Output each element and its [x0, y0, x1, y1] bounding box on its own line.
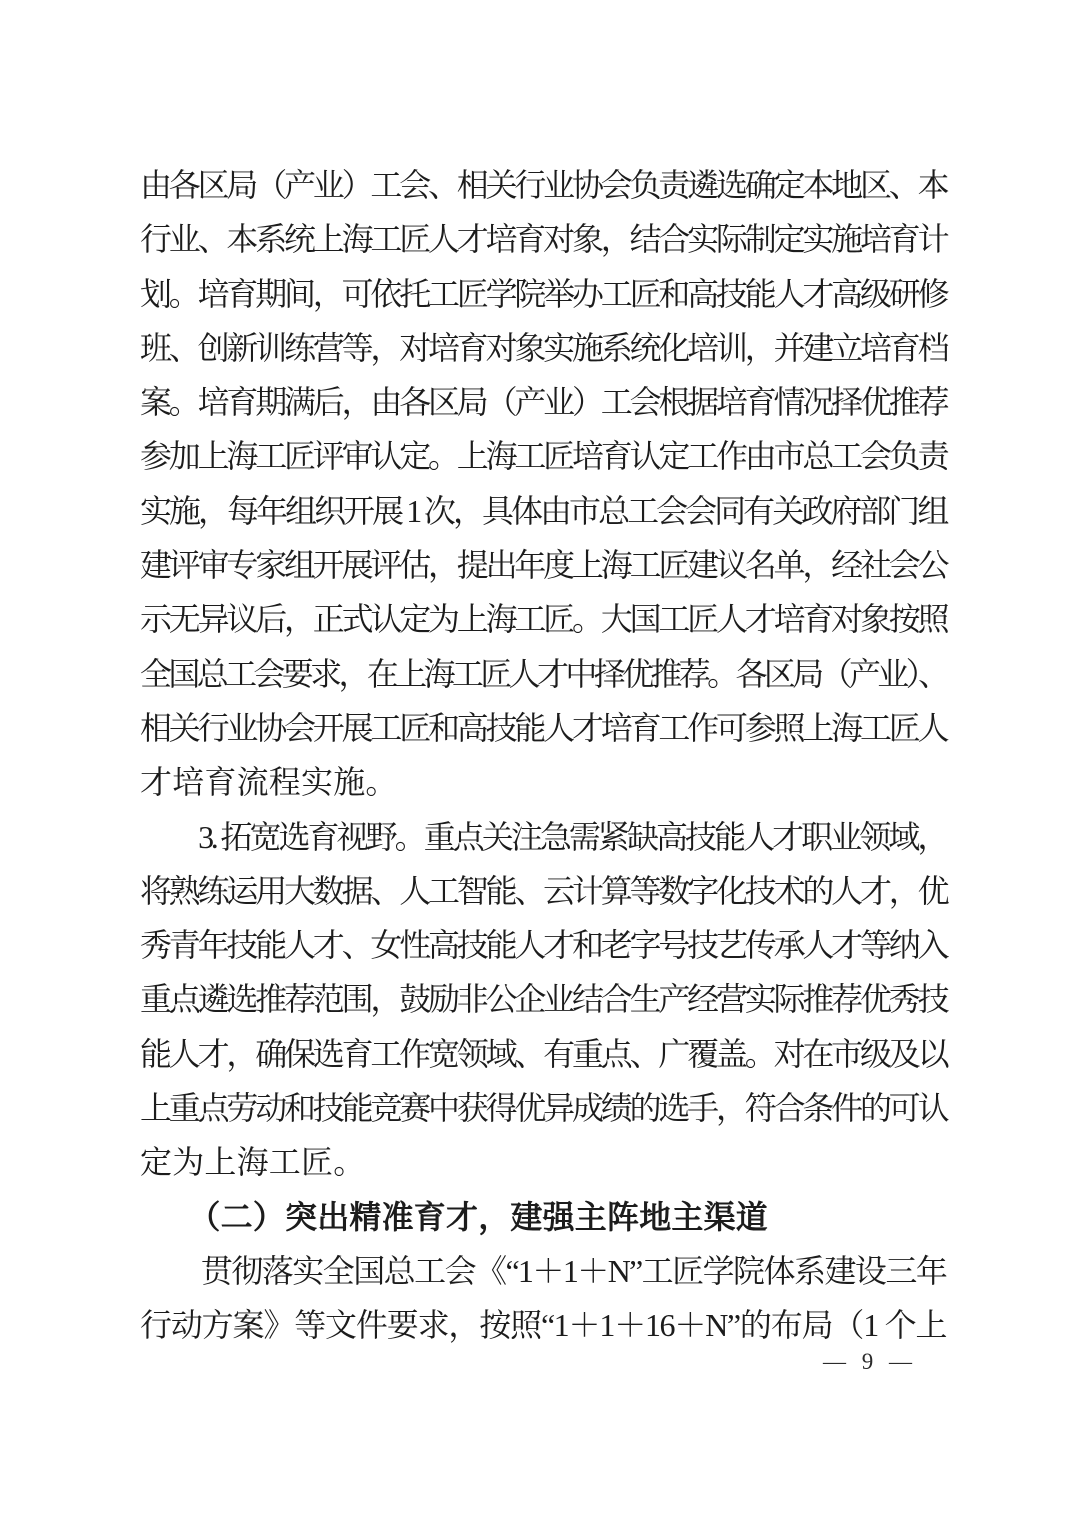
text-line: 能人才，确保选育工作宽领域、有重点、广覆盖。对在市级及以	[140, 1027, 946, 1081]
text-line: 上重点劳动和技能竞赛中获得优异成绩的选手，符合条件的可认	[140, 1081, 946, 1135]
text-line: 班、创新训练营等，对培育对象实施系统化培训，并建立培育档	[140, 321, 946, 375]
text-line: 实施，每年组织开展 1 次，具体由市总工会会同有关政府部门组	[140, 484, 946, 538]
text-line: 秀青年技能人才、女性高技能人才和老字号技艺传承人才等纳入	[140, 918, 946, 972]
document-text-block: 由各区局（产业）工会、相关行业协会负责遴选确定本地区、本行业、本系统上海工匠人才…	[140, 158, 946, 1353]
text-line: 建评审专家组开展评估，提出年度上海工匠建议名单，经社会公	[140, 538, 946, 592]
text-line: 相关行业协会开展工匠和高技能人才培育工作可参照上海工匠人	[140, 701, 946, 755]
text-line: 才培育流程实施。	[140, 755, 946, 809]
text-line: 3. 拓宽选育视野。重点关注急需紧缺高技能人才职业领域，	[140, 810, 946, 864]
text-line: 定为上海工匠。	[140, 1135, 946, 1189]
text-line: 案。培育期满后，由各区局（产业）工会根据培育情况择优推荐	[140, 375, 946, 429]
section-heading: （二）突出精准育才，建强主阵地主渠道	[140, 1190, 946, 1244]
text-line: 行业、本系统上海工匠人才培育对象，结合实际制定实施培育计	[140, 212, 946, 266]
page-number: — 9 —	[823, 1349, 917, 1375]
text-line: 划。培育期间，可依托工匠学院举办工匠和高技能人才高级研修	[140, 267, 946, 321]
document-page: { "page": { "background_color": "#ffffff…	[0, 0, 1079, 1514]
text-line: 行动方案》等文件要求，按照“1＋1＋16＋N”的布局（1 个上	[140, 1298, 946, 1352]
text-line: 参加上海工匠评审认定。上海工匠培育认定工作由市总工会负责	[140, 429, 946, 483]
text-line: 将熟练运用大数据、人工智能、云计算等数字化技术的人才，优	[140, 864, 946, 918]
text-line: 重点遴选推荐范围，鼓励非公企业结合生产经营实际推荐优秀技	[140, 972, 946, 1026]
text-line: 示无异议后，正式认定为上海工匠。大国工匠人才培育对象按照	[140, 592, 946, 646]
text-line: 由各区局（产业）工会、相关行业协会负责遴选确定本地区、本	[140, 158, 946, 212]
text-line: 贯彻落实全国总工会《“1＋1＋N”工匠学院体系建设三年	[140, 1244, 946, 1298]
text-line: 全国总工会要求，在上海工匠人才中择优推荐。各区局（产业）、	[140, 647, 946, 701]
